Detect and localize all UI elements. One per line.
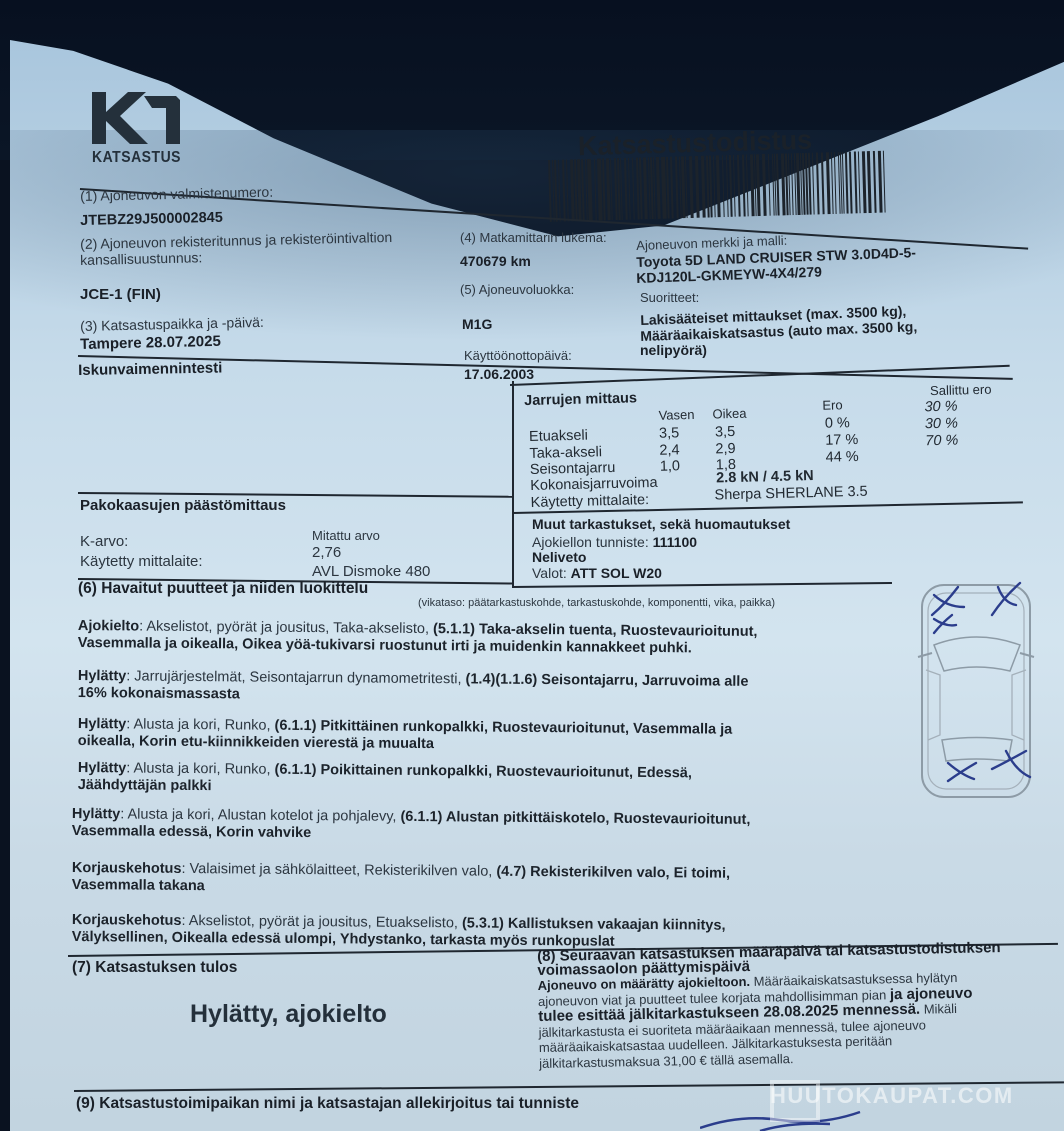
brake-left-cell: 2,4 bbox=[659, 442, 680, 458]
total-braking-value: 2.8 kN / 4.5 kN bbox=[716, 468, 814, 486]
odometer-value: 470679 km bbox=[460, 253, 531, 269]
defect-category: : Alusta ja kori, Alustan kotelot ja poh… bbox=[120, 806, 400, 824]
defects-subtitle: (vikataso: päätarkastuskohde, tarkastusk… bbox=[418, 597, 775, 609]
drive-type: Neliveto bbox=[532, 549, 586, 565]
k1-logo-icon bbox=[92, 92, 182, 144]
defect-category: : Alusta ja kori, Runko, bbox=[126, 716, 274, 733]
defect-detail: (5.1.1) Taka-akselin tuenta, Ruostevauri… bbox=[433, 621, 758, 640]
emissions-device-value: AVL Dismoke 480 bbox=[312, 563, 430, 580]
p2-bold: ja ajoneuvo bbox=[890, 984, 973, 1003]
odometer-label: (4) Matkamittarin lukema: bbox=[460, 230, 607, 245]
defect-level: Ajokielto bbox=[78, 618, 139, 635]
brake-diff-cell: 0 % bbox=[825, 415, 850, 432]
defect-level: Korjauskehotus bbox=[72, 860, 182, 877]
vehicle-class-value: M1G bbox=[462, 316, 492, 332]
brake-device-label: Käytetty mittalaite: bbox=[530, 492, 649, 511]
brake-name-cell: Etuakseli bbox=[529, 428, 588, 445]
k-value-label: K-arvo: bbox=[80, 533, 128, 550]
defect-category: : Alusta ja kori, Runko, bbox=[126, 760, 274, 777]
car-damage-diagram-icon bbox=[912, 575, 1042, 805]
place-date-value: Tampere 28.07.2025 bbox=[80, 333, 221, 353]
col-diff-header: Ero bbox=[822, 397, 843, 412]
defect-detail: (5.3.1) Kallistuksen vakaajan kiinnitys, bbox=[462, 915, 726, 933]
defect-level: Hylätty bbox=[72, 806, 120, 822]
col-left-header: Vasen bbox=[658, 407, 694, 423]
brake-left-cell: 3,5 bbox=[659, 425, 680, 441]
brake-name-cell: Taka-akseli bbox=[529, 444, 602, 462]
column-divider bbox=[512, 381, 514, 588]
defect-detail: (1.4)(1.1.6) Seisontajarru, Jarruvoima a… bbox=[465, 671, 748, 689]
brake-allowed-cell: 70 % bbox=[925, 433, 958, 450]
vehicle-class-label: (5) Ajoneuvoluokka: bbox=[460, 282, 574, 297]
defect-level: Hylätty bbox=[78, 716, 126, 732]
brake-right-cell: 3,5 bbox=[715, 424, 736, 440]
brake-right-cell: 2,9 bbox=[715, 440, 736, 456]
defect-detail: (6.1.1) Alustan pitkittäiskotelo, Ruoste… bbox=[400, 809, 750, 828]
brake-left-cell: 1,0 bbox=[660, 458, 681, 474]
lights-row: Valot: ATT SOL W20 bbox=[532, 565, 662, 581]
defect-detail: (4.7) Rekisterikilven valo, Ei toimi, bbox=[496, 864, 730, 882]
barcode-icon bbox=[548, 151, 886, 222]
defect-item: Hylätty: Alusta ja kori, Alustan kotelot… bbox=[72, 806, 751, 846]
lights-value: ATT SOL W20 bbox=[571, 565, 662, 581]
defect-level: Hylätty bbox=[78, 760, 126, 776]
ban-id-label: Ajokiellon tunniste: bbox=[532, 534, 649, 550]
watermark-text: HUUTOKAUPAT.COM bbox=[770, 1083, 1014, 1109]
defect-category: : Akselistot, pyörät ja jousitus, Taka-a… bbox=[139, 619, 433, 638]
registration-label-2: kansallisuustunnus: bbox=[80, 249, 203, 268]
first-use-label: Käyttöönottopäivä: bbox=[464, 348, 572, 363]
other-checks-title: Muut tarkastukset, sekä huomautukset bbox=[532, 516, 790, 532]
result-divider bbox=[530, 956, 532, 1086]
next-inspection-block: (8) Seuraavan katsastuksen määräpäivä ta… bbox=[537, 940, 1003, 1071]
defect-category: : Akselistot, pyörät ja jousitus, Etuaks… bbox=[181, 913, 462, 931]
defect-level: Korjauskehotus bbox=[72, 912, 182, 929]
measured-value-label: Mitattu arvo bbox=[312, 528, 380, 543]
defect-category: : Valaisimet ja sähkölaitteet, Rekisteri… bbox=[181, 861, 496, 880]
signature-title: (9) Katsastustoimipaikan nimi ja katsast… bbox=[76, 1095, 579, 1113]
shock-test-title: Iskunvaimennintesti bbox=[78, 359, 222, 379]
brakes-title: Jarrujen mittaus bbox=[524, 390, 637, 409]
defect-detail: (6.1.1) Poikittainen runkopalkki, Ruoste… bbox=[275, 762, 692, 782]
defect-category: : Jarrujärjestelmät, Seisontajarrun dyna… bbox=[126, 668, 465, 687]
brake-allowed-cell: 30 % bbox=[925, 416, 958, 433]
p3-normal: Mikäli bbox=[920, 1001, 957, 1017]
total-braking-label: Kokonaisjarruvoima bbox=[530, 475, 658, 494]
ban-id-value: 111100 bbox=[653, 534, 697, 550]
k-value: 2,76 bbox=[312, 544, 341, 561]
emissions-title: Pakokaasujen päästömittaus bbox=[80, 497, 286, 514]
col-allowed-header: Sallittu ero bbox=[930, 382, 992, 398]
first-use-value: 17.06.2003 bbox=[464, 366, 534, 382]
defect-level: Hylätty bbox=[78, 668, 126, 684]
brake-allowed-cell: 30 % bbox=[924, 399, 957, 416]
result-value: Hylätty, ajokielto bbox=[190, 1000, 387, 1029]
defect-item: Ajokielto: Akselistot, pyörät ja jousitu… bbox=[78, 618, 758, 658]
defect-item: Hylätty: Alusta ja kori, Runko, (6.1.1) … bbox=[78, 760, 692, 799]
services-label: Suoritteet: bbox=[640, 290, 699, 305]
defect-item: Korjauskehotus: Valaisimet ja sähkölaitt… bbox=[72, 860, 730, 900]
services-line3: nelipyörä) bbox=[640, 342, 707, 358]
ban-id-row: Ajokiellon tunniste: 111100 bbox=[532, 534, 697, 550]
brake-diff-cell: 17 % bbox=[825, 432, 858, 449]
registration-value: JCE-1 (FIN) bbox=[80, 286, 161, 303]
brake-diff-cell: 44 % bbox=[825, 449, 858, 466]
lights-label: Valot: bbox=[532, 565, 567, 581]
brand-name: KATSASTUS bbox=[92, 147, 181, 165]
vin-value: JTEBZ29J500002845 bbox=[80, 210, 223, 229]
emissions-device-label: Käytetty mittalaite: bbox=[80, 553, 203, 570]
defects-title: (6) Havaitut puutteet ja niiden luokitte… bbox=[78, 580, 368, 598]
result-title: (7) Katsastuksen tulos bbox=[72, 959, 237, 977]
defect-item: Hylätty: Jarrujärjestelmät, Seisontajarr… bbox=[78, 668, 749, 708]
col-right-header: Oikea bbox=[712, 406, 746, 422]
defect-item: Hylätty: Alusta ja kori, Runko, (6.1.1) … bbox=[78, 716, 733, 756]
